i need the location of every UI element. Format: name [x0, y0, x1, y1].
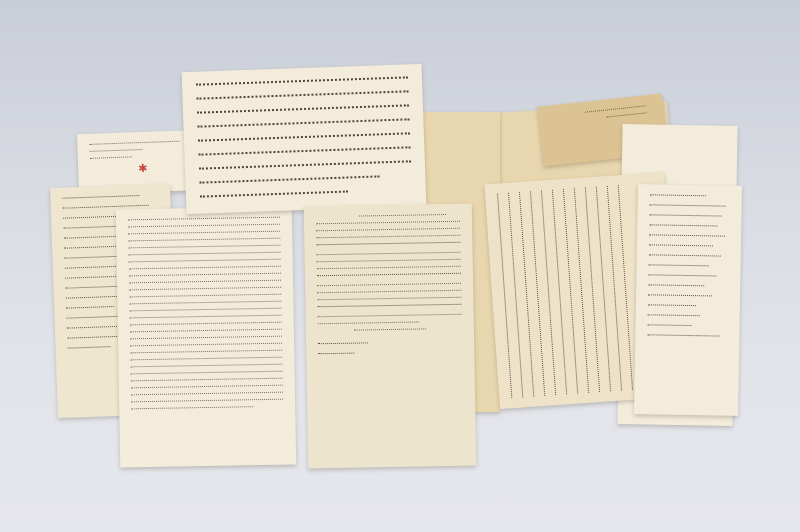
- sheet-top-center-bold: [182, 64, 427, 214]
- sheet-right-letter: [634, 184, 742, 416]
- red-stamp-mark: ✱: [138, 162, 148, 175]
- sheet-center-left-dense: [116, 206, 296, 467]
- manuscript-pile-photo: ✱: [0, 0, 800, 532]
- sheet-center-letter: [304, 204, 477, 469]
